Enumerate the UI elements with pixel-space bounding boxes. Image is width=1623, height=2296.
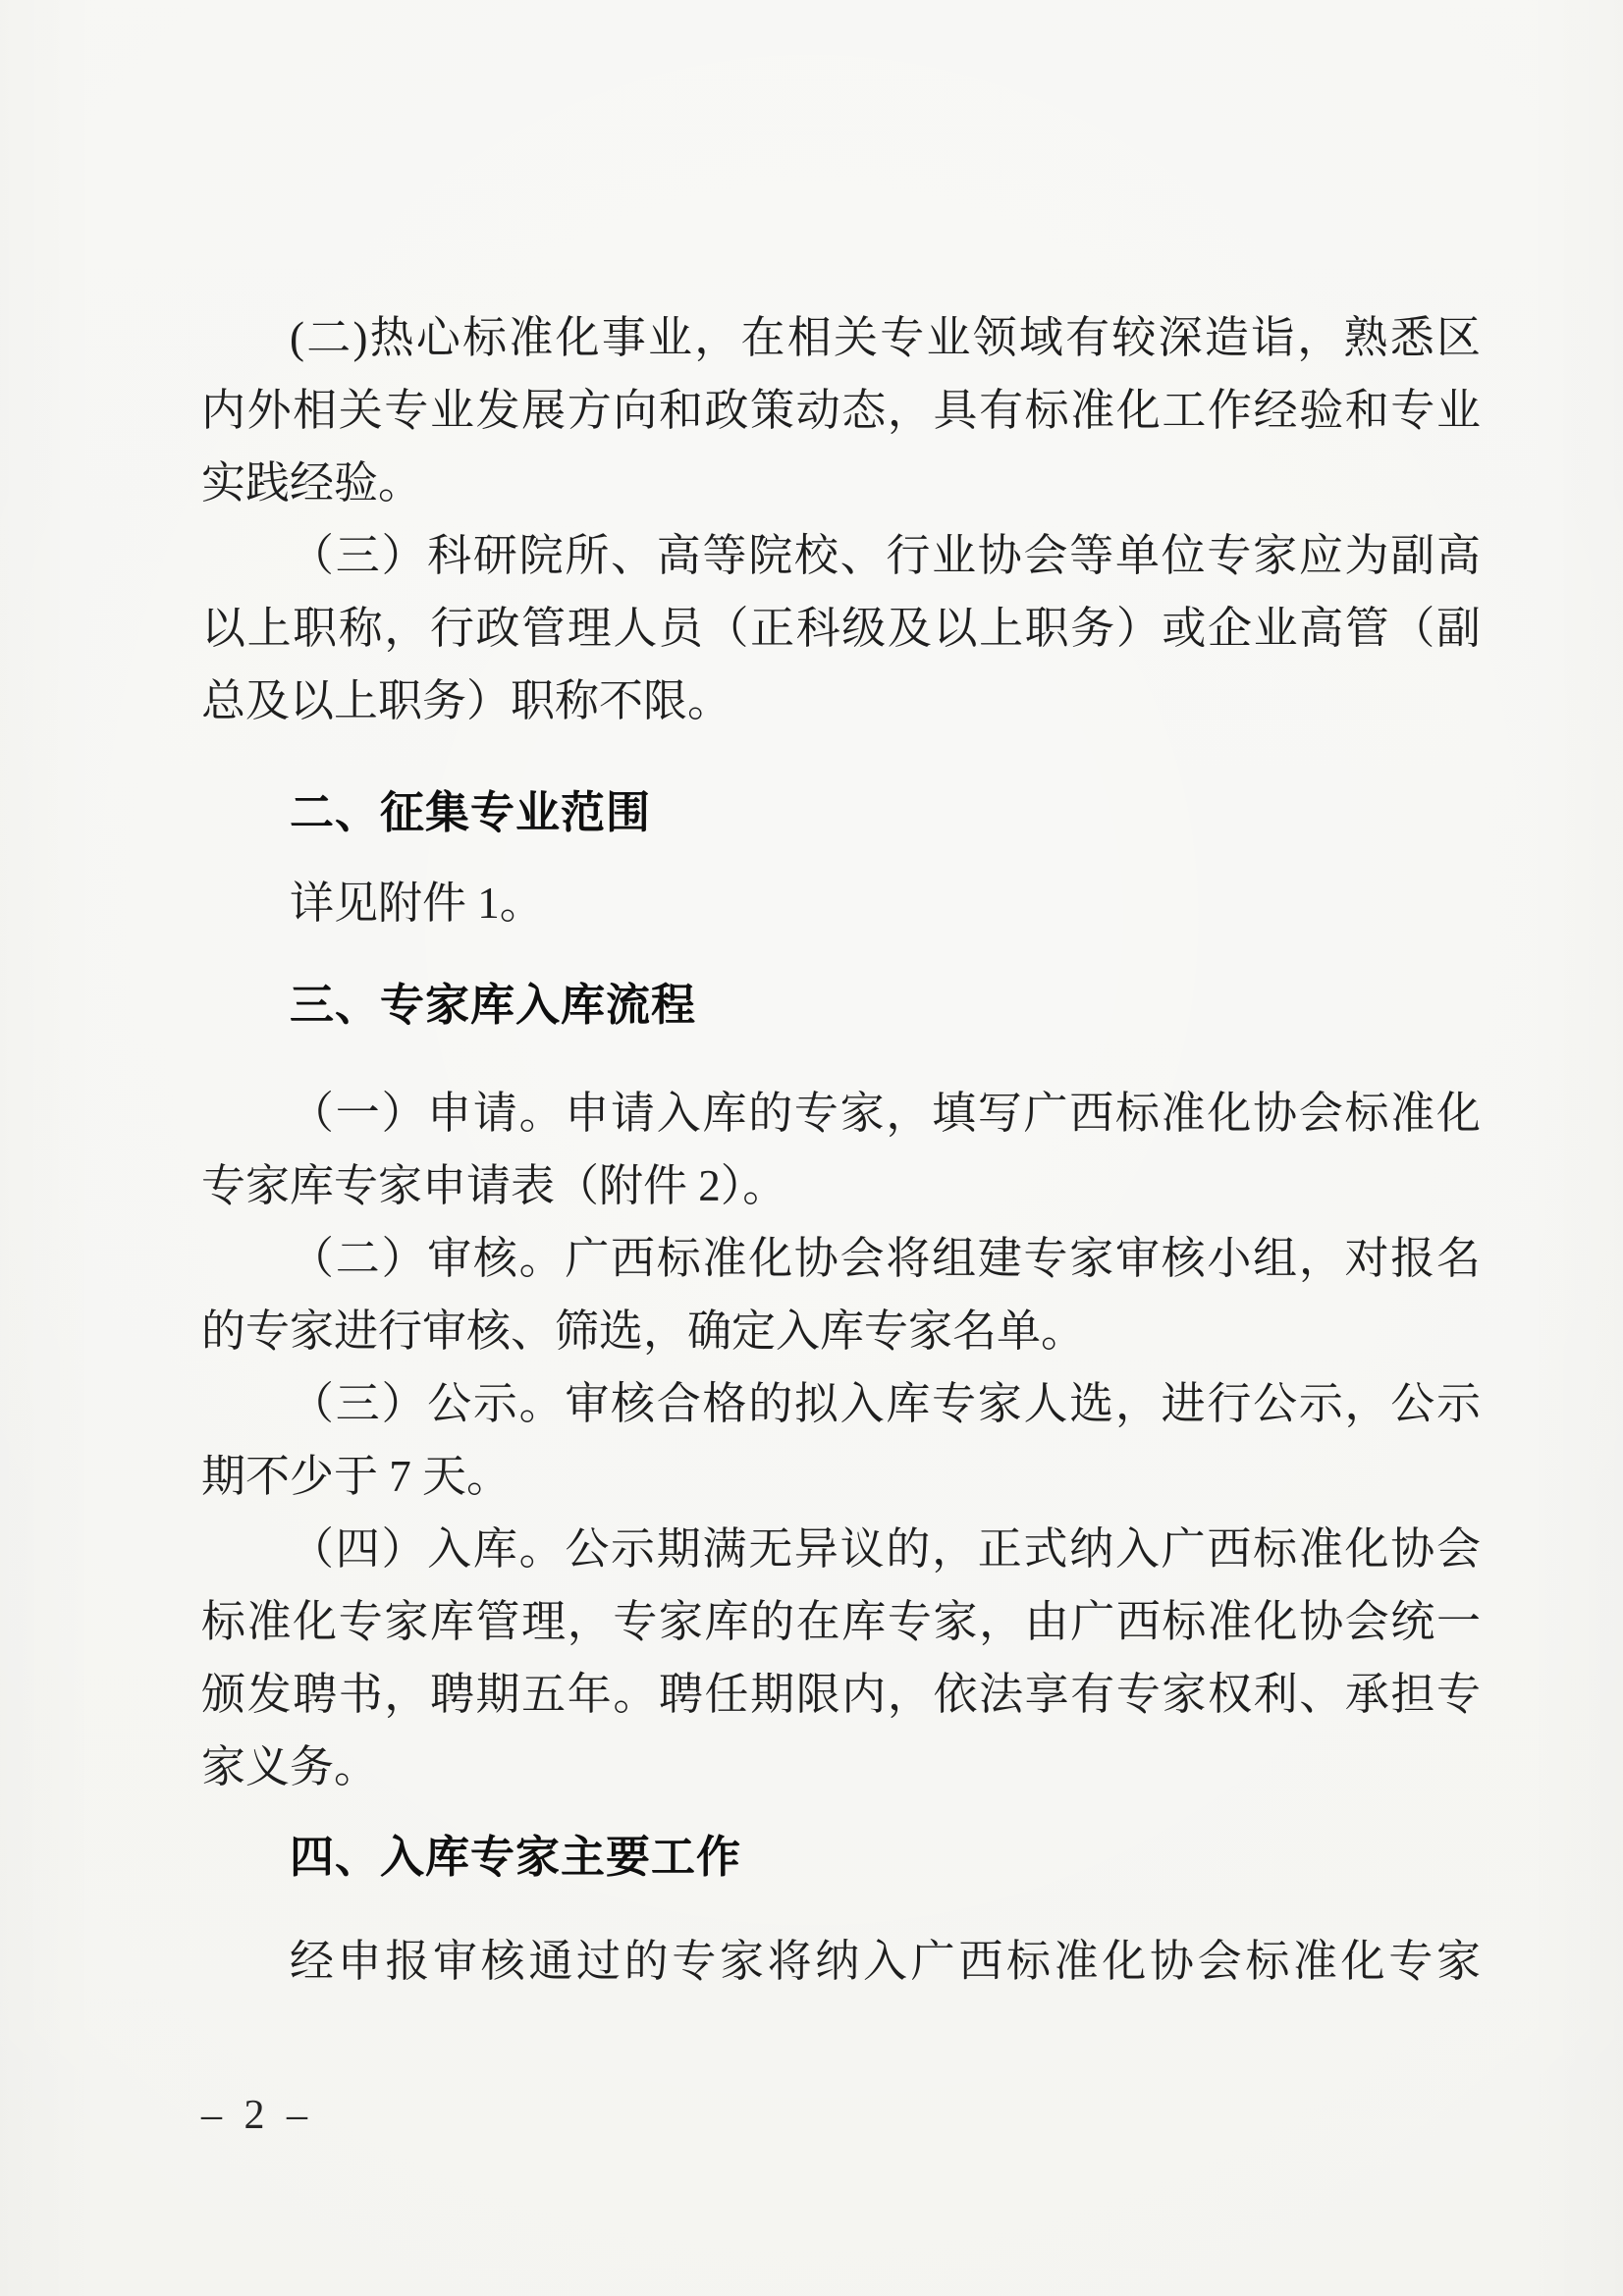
text-line: （四）入库。公示期满无异议的，正式纳入广西标准化协会 [201,1513,1481,1585]
para-step-publicity: （三）公示。审核合格的拟入库专家人选，进行公示，公示 期不少于 7 天。 [201,1367,1481,1513]
para-step-admission: （四）入库。公示期满无异议的，正式纳入广西标准化协会 标准化专家库管理，专家库的… [201,1513,1481,1803]
para-condition-2: (二)热心标准化事业，在相关专业领域有较深造诣，熟悉区 内外相关专业发展方向和政… [201,301,1481,519]
text-line: 的专家进行审核、筛选，确定入库专家名单。 [201,1295,1481,1367]
text-line: （三）科研院所、高等院校、行业协会等单位专家应为副高 [201,519,1481,592]
text-line: 家义务。 [201,1731,1481,1803]
text-line: （三）公示。审核合格的拟入库专家人选，进行公示，公示 [201,1367,1481,1440]
text-line: 期不少于 7 天。 [201,1440,1481,1513]
para-see-attachment: 详见附件 1。 [201,867,1481,939]
text-line: 内外相关专业发展方向和政策动态，具有标准化工作经验和专业 [201,374,1481,447]
heading-section-2: 二、征集专业范围 [201,787,1481,838]
para-step-review: （二）审核。广西标准化协会将组建专家审核小组，对报名 的专家进行审核、筛选，确定… [201,1222,1481,1367]
text-line: 颁发聘书，聘期五年。聘任期限内，依法享有专家权利、承担专 [201,1658,1481,1731]
page-number: – 2 – [201,2093,313,2138]
text-line: (二)热心标准化事业，在相关专业领域有较深造诣，熟悉区 [201,301,1481,374]
text-line: 总及以上职务）职称不限。 [201,665,1481,737]
text-line: 以上职称，行政管理人员（正科级及以上职务）或企业高管（副 [201,592,1481,665]
heading-section-4: 四、入库专家主要工作 [201,1832,1481,1883]
text-line: 实践经验。 [201,447,1481,519]
text-line: 标准化专家库管理，专家库的在库专家，由广西标准化协会统一 [201,1585,1481,1658]
para-expert-work-intro: 经申报审核通过的专家将纳入广西标准化协会标准化专家 [201,1925,1481,1998]
text-line: （二）审核。广西标准化协会将组建专家审核小组，对报名 [201,1222,1481,1295]
document-body: (二)热心标准化事业，在相关专业领域有较深造诣，熟悉区 内外相关专业发展方向和政… [201,0,1481,2296]
text-line: 专家库专家申请表（附件 2）。 [201,1149,1481,1222]
para-step-apply: （一）申请。申请入库的专家，填写广西标准化协会标准化 专家库专家申请表（附件 2… [201,1077,1481,1222]
para-condition-3: （三）科研院所、高等院校、行业协会等单位专家应为副高 以上职称，行政管理人员（正… [201,519,1481,737]
text-line: （一）申请。申请入库的专家，填写广西标准化协会标准化 [201,1077,1481,1149]
text-line: 经申报审核通过的专家将纳入广西标准化协会标准化专家 [201,1925,1481,1998]
heading-section-3: 三、专家库入库流程 [201,980,1481,1031]
scanned-document-page: { "doc": { "p1": { "lines": [ "(二)热心标准化事… [0,0,1623,2296]
text-line: 详见附件 1。 [201,867,1481,939]
